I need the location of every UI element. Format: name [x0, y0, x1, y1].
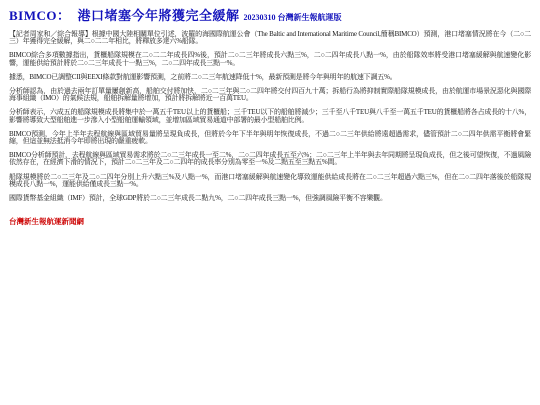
article-page: BIMCO： 港口堵塞今年將獲完全緩解20230310 台灣新生報航運版 【記者… — [0, 0, 540, 229]
article-header: BIMCO： 港口堵塞今年將獲完全緩解20230310 台灣新生報航運版 — [9, 5, 531, 25]
article-paragraph: 分析師表示，六成五的船隊規模成長將集中於一萬五千TEU以上的貨櫃船；三千TEU以… — [9, 109, 531, 123]
article-paragraph: BIMCO綜合多項數據指出，貨櫃船隊規模在二○二二年成長四%後，預計二○二三年將… — [9, 52, 531, 66]
article-title: BIMCO： 港口堵塞今年將獲完全緩解 — [9, 8, 240, 23]
article-paragraph: 分析師認為，由於過去兩年訂單量屢創新高，船舶交付將加快，二○二三年與二○二四年將… — [9, 88, 531, 102]
article-paragraph: BIMCO預測，今年上半年去程航線與區域貿易量將呈現負成長，但將於今年下半年與明… — [9, 131, 531, 145]
source-link[interactable]: 台灣新生報航運新聞網 — [9, 216, 84, 227]
article-body: 【記者周家和／綜合報導】根據中國大陸相關單位引述，波羅的海國際航運公會（The … — [9, 31, 531, 202]
article-paragraph: BIMCO分析師預計，去程航線與區域貿易需求將於二○二三年成長一至二%，二○二四… — [9, 152, 531, 166]
article-paragraph: 船隊規模將於二○二三年及二○二四年分別上升六點三%及八點一%，而港口堵塞緩解與航… — [9, 174, 531, 188]
article-paragraph: 【記者周家和／綜合報導】根據中國大陸相關單位引述，波羅的海國際航運公會（The … — [9, 31, 531, 45]
article-source-date: 20230310 台灣新生報航運版 — [244, 13, 342, 22]
article-paragraph: 國際貨幣基金組織（IMF）預計，全球GDP將於二○二三年成長二點九%，二○二四年… — [9, 195, 531, 202]
article-paragraph: 據悉，BIMCO已調整CII與EEXI條款對航運影響預測，之前將二○二三年航速降… — [9, 74, 531, 81]
